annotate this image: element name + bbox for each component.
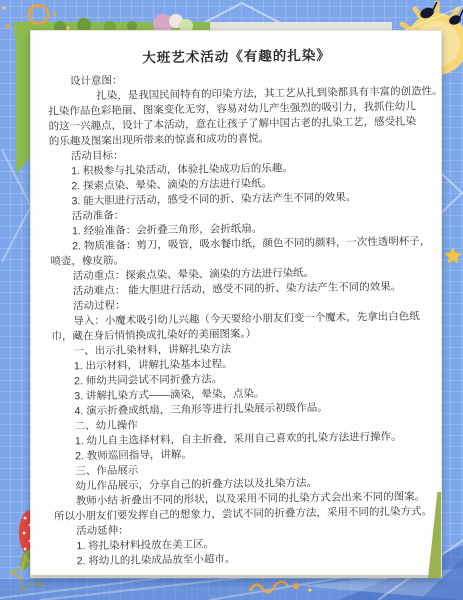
- document-body: 设计意图：扎染，是我国民间特有的印染方法，其工艺从扎到染都具有丰富的创造性。扎染…: [48, 69, 433, 569]
- page-title: 大班艺术活动《有趣的扎染》: [47, 42, 425, 67]
- photo-background: 大班艺术活动《有趣的扎染》 设计意图：扎染，是我国民间特有的印染方法，其工艺从扎…: [0, 0, 463, 600]
- document-paper: 大班艺术活动《有趣的扎染》 设计意图：扎染，是我国民间特有的印染方法，其工艺从扎…: [30, 30, 442, 578]
- document-content: 大班艺术活动《有趣的扎染》 设计意图：扎染，是我国民间特有的印染方法，其工艺从扎…: [47, 28, 432, 569]
- star-icon: [444, 247, 462, 264]
